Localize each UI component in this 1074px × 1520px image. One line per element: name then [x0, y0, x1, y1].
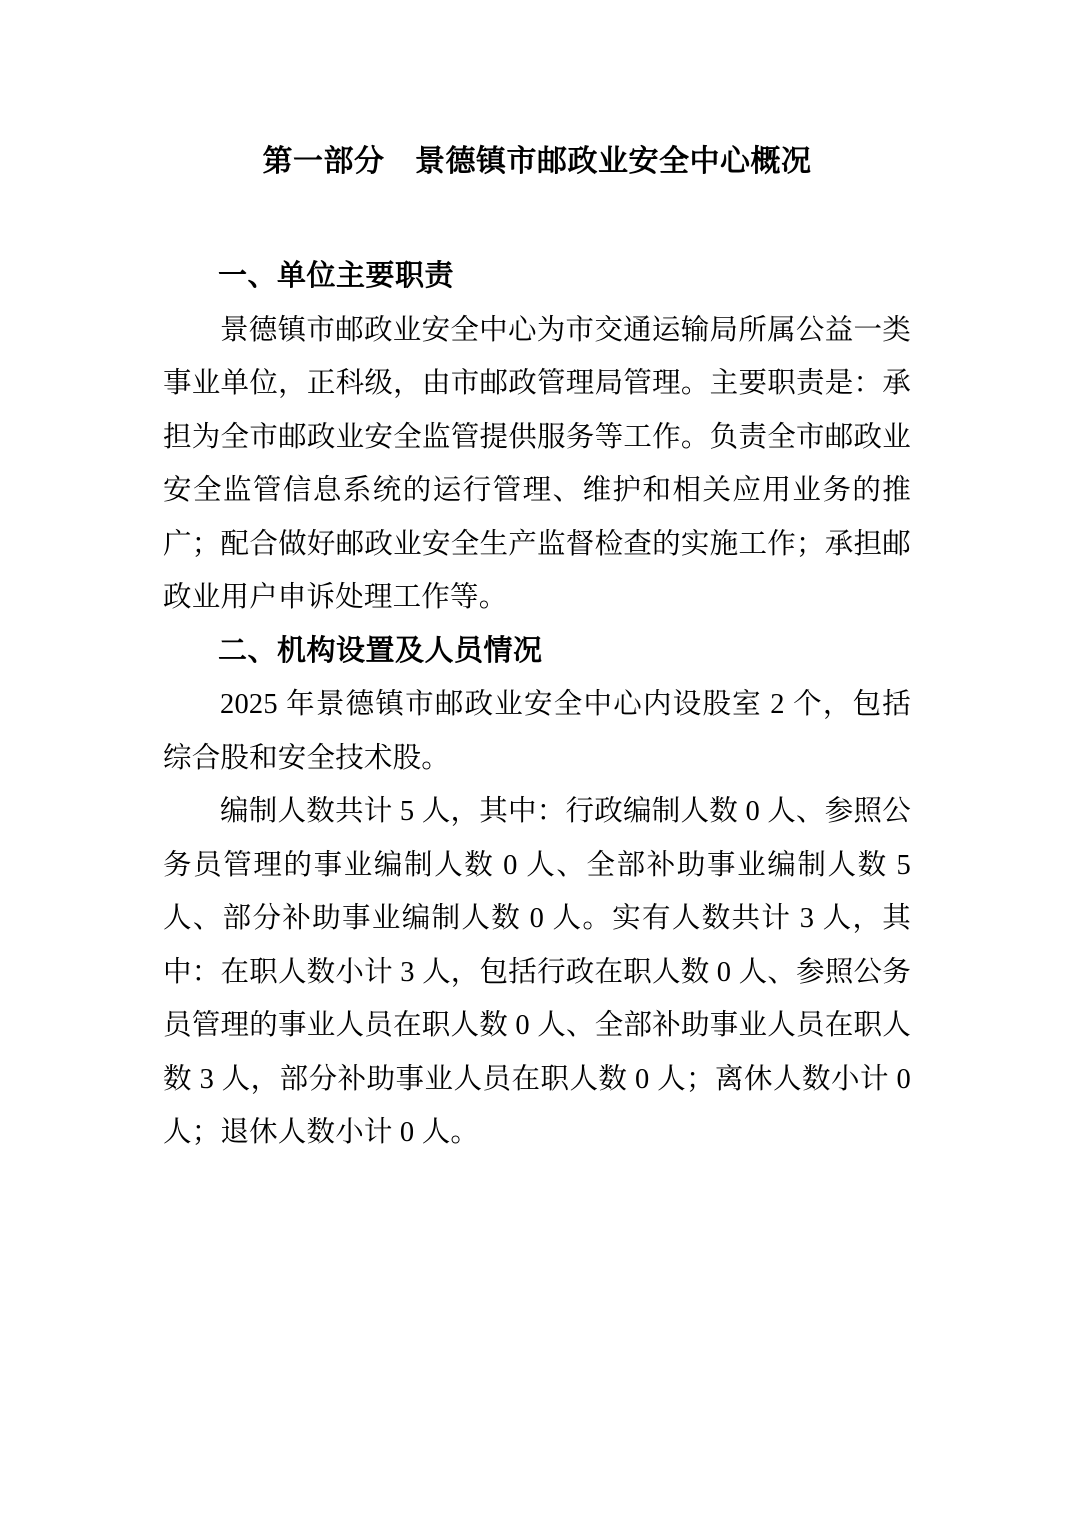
- document-title: 第一部分 景德镇市邮政业安全中心概况: [0, 0, 1074, 184]
- paragraph-unit-duties: 景德镇市邮政业安全中心为市交通运输局所属公益一类事业单位，正科级，由市邮政管理局…: [163, 304, 911, 625]
- section-heading-unit-duties: 一、单位主要职责: [163, 250, 911, 304]
- section-heading-org-staffing: 二、机构设置及人员情况: [163, 625, 911, 679]
- document-page: 第一部分 景德镇市邮政业安全中心概况 一、单位主要职责 景德镇市邮政业安全中心为…: [0, 0, 1074, 1520]
- paragraph-staffing-figures: 编制人数共计 5 人，其中：行政编制人数 0 人、参照公务员管理的事业编制人数 …: [163, 785, 911, 1160]
- document-body: 一、单位主要职责 景德镇市邮政业安全中心为市交通运输局所属公益一类事业单位，正科…: [163, 250, 911, 1160]
- paragraph-org-setup: 2025 年景德镇市邮政业安全中心内设股室 2 个，包括综合股和安全技术股。: [163, 678, 911, 785]
